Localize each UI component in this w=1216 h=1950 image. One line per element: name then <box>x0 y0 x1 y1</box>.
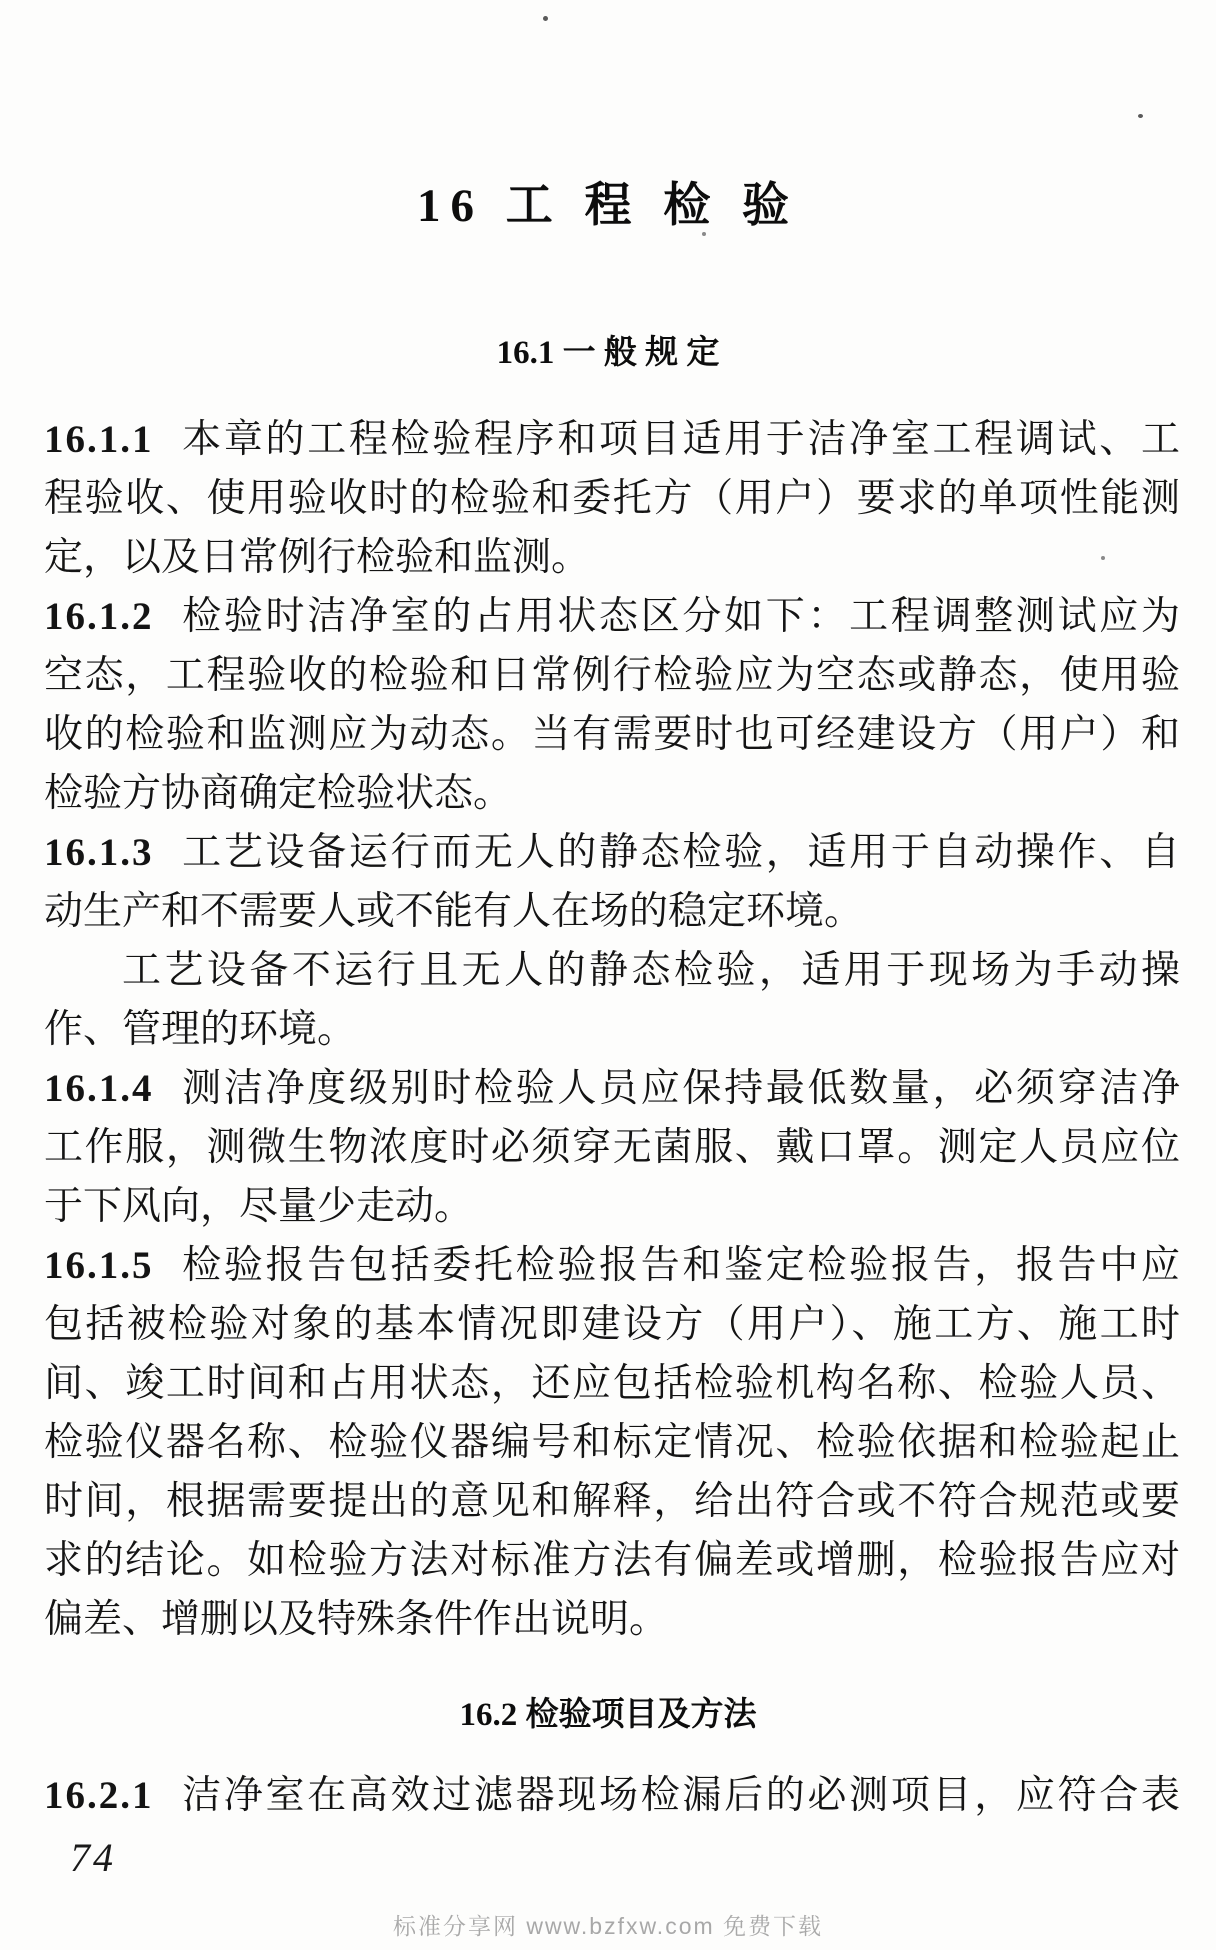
clause-16-2-1-block: 16.2.1洁净室在高效过滤器现场检漏后的必测项目，应符合表 <box>44 1766 1180 1825</box>
line-text: 检验方协商确定检验状态。 <box>44 772 512 815</box>
line-text: 程验收、使用验收时的检验和委托方（用户）要求的单项性能测 <box>44 477 1180 520</box>
section-title-16-1: 16.1 一 般 规 定 <box>0 326 1216 373</box>
line-text: 空态，工程验收的检验和日常例行检验应为空态或静态，使用验 <box>44 654 1180 697</box>
line-text: 检验报告包括委托检验报告和鉴定检验报告，报告中应 <box>180 1244 1181 1287</box>
line-text: 动生产和不需要人或不能有人在场的稳定环境。 <box>44 890 863 933</box>
paragraph-line: 16.1.4测洁净度级别时检验人员应保持最低数量，必须穿洁净 <box>44 1059 1180 1118</box>
paragraph-line: 包括被检验对象的基本情况即建设方（用户）、施工方、施工时 <box>44 1295 1180 1354</box>
line-text: 求的结论。如检验方法对标准方法有偏差或增删，检验报告应对 <box>44 1539 1180 1582</box>
paragraph-line: 16.1.3工艺设备运行而无人的静态检验，适用于自动操作、自 <box>44 823 1180 882</box>
line-text: 于下风向，尽量少走动。 <box>44 1185 473 1228</box>
line-text: 检验时洁净室的占用状态区分如下：工程调整测试应为 <box>180 595 1181 638</box>
paragraph-line: 定，以及日常例行检验和监测。 <box>44 528 1180 587</box>
paragraph-line: 16.1.2检验时洁净室的占用状态区分如下：工程调整测试应为 <box>44 587 1180 646</box>
paragraph-line: 空态，工程验收的检验和日常例行检验应为空态或静态，使用验 <box>44 646 1180 705</box>
clause-number: 16.2.1 <box>44 1774 154 1817</box>
line-text: 偏差、增删以及特殊条件作出说明。 <box>44 1598 668 1641</box>
chapter-title: 16 工 程 检 验 <box>0 168 1216 235</box>
paragraph-line: 作、管理的环境。 <box>44 1000 1180 1059</box>
section-title-16-2: 16.2 检验项目及方法 <box>0 1688 1216 1735</box>
clause-number: 16.1.3 <box>44 831 154 874</box>
line-text: 间、竣工时间和占用状态，还应包括检验机构名称、检验人员、 <box>44 1362 1180 1405</box>
paragraph-line: 16.2.1洁净室在高效过滤器现场检漏后的必测项目，应符合表 <box>44 1766 1180 1825</box>
paragraph-line: 于下风向，尽量少走动。 <box>44 1177 1180 1236</box>
paragraph-line: 求的结论。如检验方法对标准方法有偏差或增删，检验报告应对 <box>44 1531 1180 1590</box>
paragraph-line: 16.1.5检验报告包括委托检验报告和鉴定检验报告，报告中应 <box>44 1236 1180 1295</box>
paragraph-line: 程验收、使用验收时的检验和委托方（用户）要求的单项性能测 <box>44 469 1180 528</box>
paragraph-line: 检验仪器名称、检验仪器编号和标定情况、检验依据和检验起止 <box>44 1413 1180 1472</box>
paragraph-line: 间、竣工时间和占用状态，还应包括检验机构名称、检验人员、 <box>44 1354 1180 1413</box>
line-text: 洁净室在高效过滤器现场检漏后的必测项目，应符合表 <box>180 1774 1181 1817</box>
body-text-block: 16.1.1本章的工程检验程序和项目适用于洁净室工程调试、工 程验收、使用验收时… <box>44 410 1180 1649</box>
paragraph-line: 偏差、增删以及特殊条件作出说明。 <box>44 1590 1180 1649</box>
paragraph-line: 时间，根据需要提出的意见和解释，给出符合或不符合规范或要 <box>44 1472 1180 1531</box>
line-text: 包括被检验对象的基本情况即建设方（用户）、施工方、施工时 <box>44 1303 1180 1346</box>
line-text: 工艺设备不运行且无人的静态检验，适用于现场为手动操 <box>122 949 1180 992</box>
clause-number: 16.1.2 <box>44 595 154 638</box>
line-text: 本章的工程检验程序和项目适用于洁净室工程调试、工 <box>180 418 1181 461</box>
line-text: 收的检验和监测应为动态。当有需要时也可经建设方（用户）和 <box>44 713 1180 756</box>
page-number: 74 <box>70 1834 116 1881</box>
document-page: 16 工 程 检 验 16.1 一 般 规 定 16.1.1本章的工程检验程序和… <box>0 0 1216 1950</box>
scan-speck <box>543 16 548 21</box>
line-text: 时间，根据需要提出的意见和解释，给出符合或不符合规范或要 <box>44 1480 1180 1523</box>
line-text: 作、管理的环境。 <box>44 1008 356 1051</box>
line-text: 定，以及日常例行检验和监测。 <box>44 536 590 579</box>
line-text: 测洁净度级别时检验人员应保持最低数量，必须穿洁净 <box>180 1067 1181 1110</box>
paragraph-line: 检验方协商确定检验状态。 <box>44 764 1180 823</box>
line-text: 工作服，测微生物浓度时必须穿无菌服、戴口罩。测定人员应位 <box>44 1126 1180 1169</box>
watermark-text: 标准分享网 www.bzfxw.com 免费下载 <box>0 1908 1216 1941</box>
line-text: 工艺设备运行而无人的静态检验，适用于自动操作、自 <box>180 831 1181 874</box>
clause-number: 16.1.1 <box>44 418 154 461</box>
paragraph-line: 工作服，测微生物浓度时必须穿无菌服、戴口罩。测定人员应位 <box>44 1118 1180 1177</box>
scan-speck <box>1138 114 1143 118</box>
paragraph-line: 动生产和不需要人或不能有人在场的稳定环境。 <box>44 882 1180 941</box>
clause-number: 16.1.5 <box>44 1244 154 1287</box>
paragraph-line: 收的检验和监测应为动态。当有需要时也可经建设方（用户）和 <box>44 705 1180 764</box>
line-text: 检验仪器名称、检验仪器编号和标定情况、检验依据和检验起止 <box>44 1421 1180 1464</box>
paragraph-line: 工艺设备不运行且无人的静态检验，适用于现场为手动操 <box>44 941 1180 1000</box>
paragraph-line: 16.1.1本章的工程检验程序和项目适用于洁净室工程调试、工 <box>44 410 1180 469</box>
clause-number: 16.1.4 <box>44 1067 154 1110</box>
